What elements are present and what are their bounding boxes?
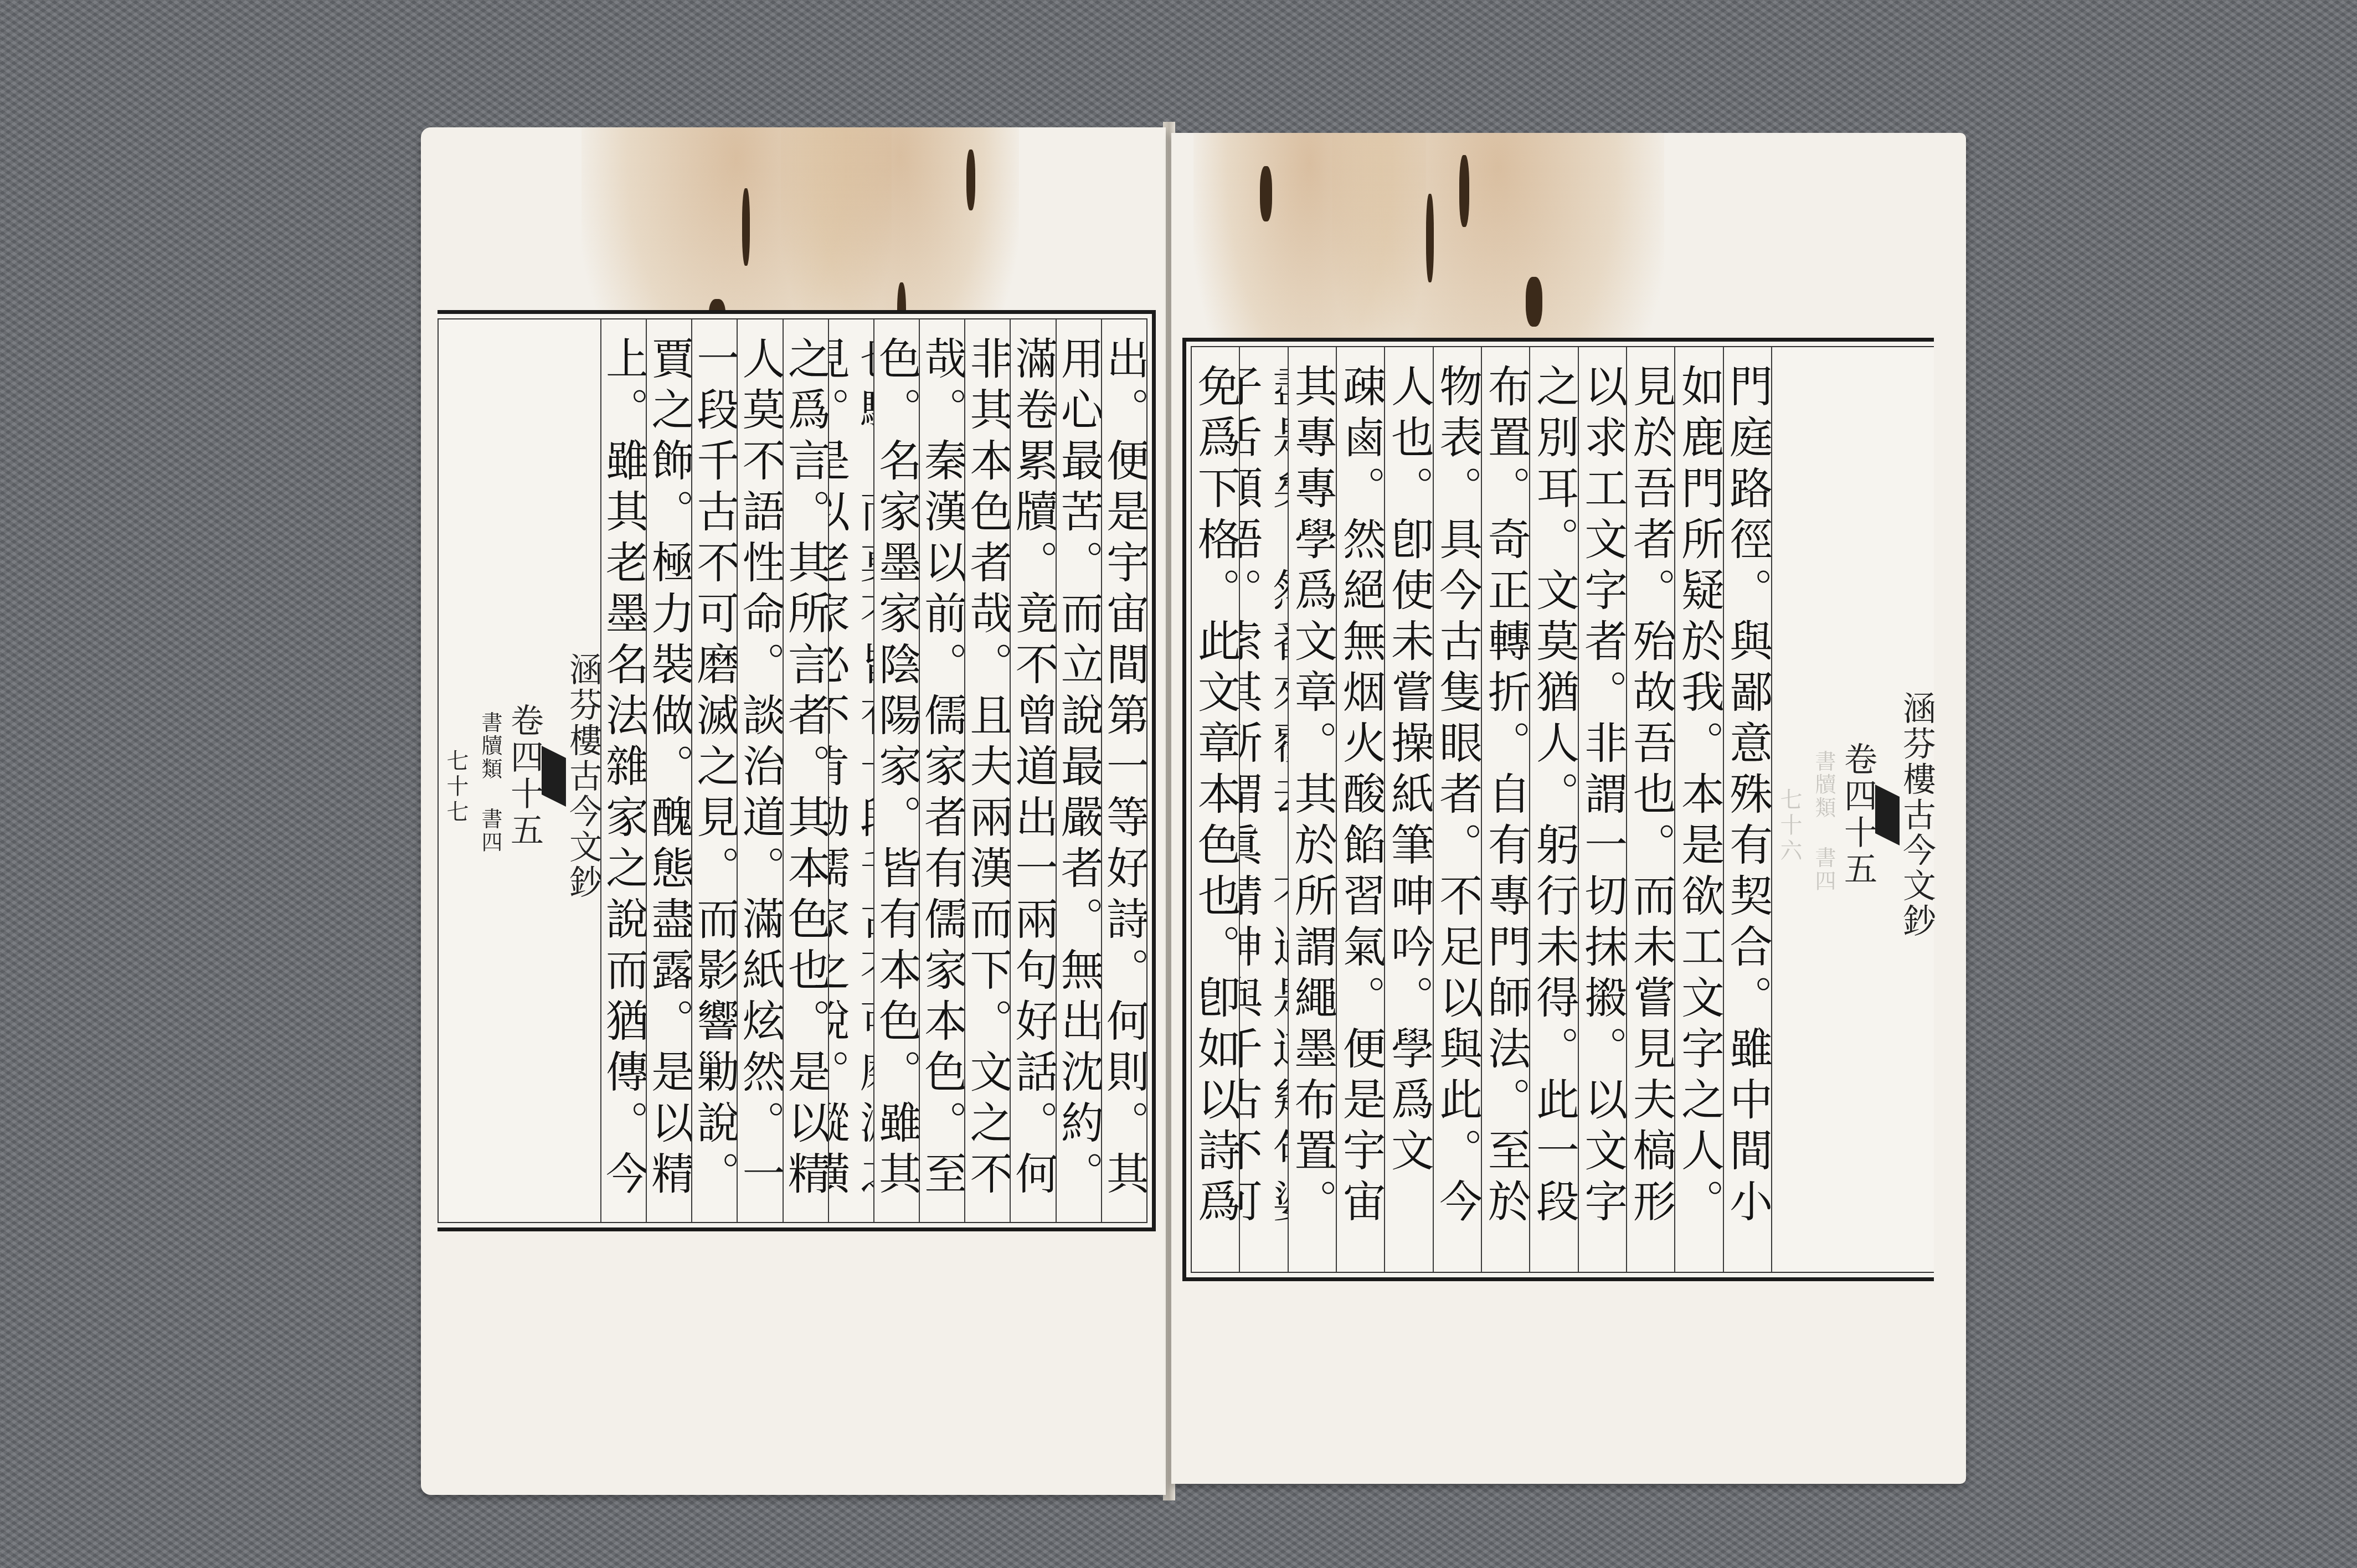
text-column: 者。豈其所謂繩墨轉折之精之不盡如哉。秦漢以前。儒家者有儒家本色。至如老	[919, 319, 964, 1222]
right-page: 涵芬樓古今文鈔 卷四十五 書牘類 書四 七十六 熟觀鹿門之文。及鹿門與人論文之書…	[1171, 133, 1966, 1484]
text-column: 心之吾乎。吾豈欺鹿門者哉。其不語人以求工文字者。非謂一切抹摋。以文字絕	[1578, 347, 1626, 1272]
open-book: 彭澤未嘗較聲律。雕句文。但信手寫出。便是宇宙間第一等好詩。何則。其本色高 也。自…	[421, 111, 1966, 1500]
text-column: 彭澤未嘗較聲律。雕句文。但信手寫出。便是宇宙間第一等好詩。何則。其本色高	[1101, 319, 1146, 1222]
text-column: 熟觀鹿門之文。及鹿門與人論文之書。門庭路徑。與鄙意殊有契合。雖中間小小	[1723, 347, 1771, 1272]
category-label: 書牘類 書四	[1807, 750, 1841, 893]
text-column: 段精神命脈骨髓。則非洗滌心源。獨立物表。具今古隻眼者。不足以與此。今有兩	[1433, 347, 1481, 1272]
fish-tail-mark-icon	[542, 746, 566, 807]
fish-tail-mark-icon	[1875, 785, 1900, 845]
page-number: 七十六	[1772, 788, 1807, 864]
text-column: 磨滅之見。絕無有也。則文雖工。而不免爲下格。此文章本色也。卽如以詩爲論。陶	[1192, 347, 1239, 1272]
text-column: 人。其一人心地超然。所謂具千古隻眼人也。卽使未嘗操紙筆呻吟。學爲文章。但	[1384, 347, 1432, 1272]
worm-hole	[1526, 277, 1542, 327]
volume-label: 卷四十五	[507, 703, 542, 849]
text-column: 不足爲也。蓋謂學者先務。有原委本末之別耳。文莫猶人。躬行未得。此一段公案。	[1529, 347, 1577, 1272]
worm-hole	[742, 188, 750, 266]
text-column: 姑不敢論。只就文章家論之。雖其繩墨布置。奇正轉折。自有專門師法。至於中一	[1481, 347, 1529, 1272]
category-label: 書牘類 書四	[473, 711, 507, 854]
text-column: 必不肯借墨家之談。各自具本色。而鳴之爲言。其所言者。其本色也。是以精光注	[783, 319, 828, 1222]
text-column: 焉。而其言遂不泯於世。唐宋而下。文人莫不語性命。談治道。滿紙炫然。一切自託	[737, 319, 782, 1222]
text-column: 也駁。而莫不皆有一段千古不可磨滅之見。是以老家必不肯勦儒家之說。縱橫	[828, 319, 873, 1222]
text-column: 盡是矣。然番來覆去。不過是這幾句婆子舌頭語。索其所謂眞精神與千古不可	[1239, 347, 1287, 1272]
text-column: 頭竊尾。如貧人借富人之衣。莊農作大賈之飾。極力裝做。醜態盡露。是以精光枵	[646, 319, 691, 1222]
left-print-frame: 彭澤未嘗較聲律。雕句文。但信手寫出。便是宇宙間第一等好詩。何則。其本色高 也。自…	[438, 310, 1156, 1231]
worm-hole	[966, 149, 975, 210]
text-column: 莊家有老莊本色。縱橫家有縱橫家本色。名家墨家陰陽家。皆有本色。雖其爲術	[873, 319, 919, 1222]
page-number: 七十七	[439, 749, 473, 826]
right-text-columns: 涵芬樓古今文鈔 卷四十五 書牘類 書四 七十六 熟觀鹿門之文。及鹿門與人論文之書…	[1191, 346, 1934, 1273]
worm-hole	[1426, 194, 1434, 282]
text-column: 直據胸臆。信手寫出。如寫家書。雖或疎鹵。然絕無烟火酸餡習氣。便是宇宙間一	[1336, 347, 1384, 1272]
running-title: 涵芬樓古今文鈔	[566, 652, 600, 900]
worm-hole	[1459, 155, 1469, 227]
running-title: 涵芬樓古今文鈔	[1900, 691, 1934, 939]
text-column: 語人以求工文字者。此則有說。鹿門所見於吾者。殆故吾也。而未嘗見夫槁形灰	[1626, 347, 1674, 1272]
text-column: 本色卑也。本色卑。文不能工也。而況非其本色者哉。且夫兩漢而下。文之不如古	[964, 319, 1010, 1222]
right-print-frame: 涵芬樓古今文鈔 卷四十五 書牘類 書四 七十六 熟觀鹿門之文。及鹿門與人論文之書…	[1182, 338, 1934, 1281]
text-column: 焉。而其言遂不久湮廢。然則秦漢而上。雖其老墨名法雜家之說而猶傳。今諸子	[600, 319, 646, 1222]
left-page-margin: 涵芬樓古今文鈔 卷四十五 書牘類 書四 七十七	[438, 319, 600, 1222]
text-column: 異同。異日當自融釋。不待喋喋也。至如鹿門所疑於我。本是欲工文字之人。而不	[1674, 347, 1722, 1272]
right-page-margin: 涵芬樓古今文鈔 卷四十五 書牘類 書四 七十六	[1771, 347, 1934, 1272]
left-text-columns: 彭澤未嘗較聲律。雕句文。但信手寫出。便是宇宙間第一等好詩。何則。其本色高 也。自…	[438, 318, 1147, 1223]
volume-label: 卷四十五	[1841, 742, 1875, 888]
text-column: 也。自有詩以來。其較聲律。雕句文。用心最苦。而立說最嚴者。無出沈約。苦卻一生	[1056, 319, 1101, 1222]
worm-hole	[1260, 166, 1272, 221]
text-column: 於儒家。然非其涵養蓄聚之素。非眞有一段千古不可磨滅之見。而影響勦說。蓋	[691, 319, 737, 1222]
left-page: 彭澤未嘗較聲律。雕句文。但信手寫出。便是宇宙間第一等好詩。何則。其本色高 也。自…	[421, 127, 1166, 1495]
text-column: 樣絕好文字。其一人猶然塵中人也。雖其專專學爲文章。其於所謂繩墨布置。則	[1288, 347, 1336, 1272]
text-column: 精力。使人讀其詩。祗見其綑縛齷齪。滿卷累牘。竟不曾道出一兩句好話。何則。其	[1010, 319, 1055, 1222]
